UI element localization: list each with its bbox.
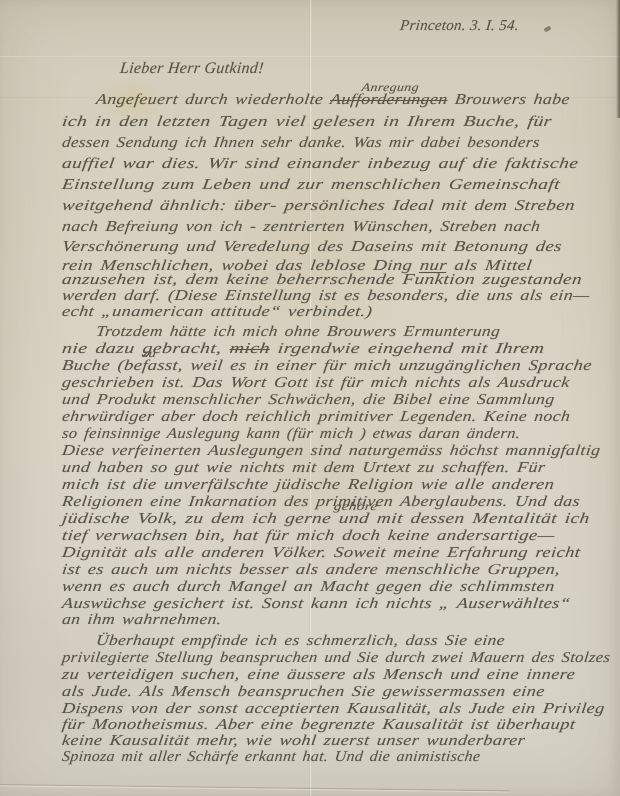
letter-line: und haben so gut wie nichts mit dem Urte… — [61, 460, 546, 477]
letter-line: Verschönerung und Veredelung des Daseins… — [61, 239, 563, 256]
letter-line: werden darf. (Diese Einstellung ist es b… — [61, 288, 591, 305]
letter-text: zu verteidigen suchen, eine äussere als … — [61, 667, 576, 683]
letter-text: keine Kausalität mehr, wie wohl zuerst u… — [61, 733, 526, 749]
salutation: Lieber Herr Gutkind! — [119, 60, 265, 78]
letter-text: an ihm wahrnehmen. — [61, 612, 222, 628]
letter-text: wenn es auch durch Mangel an Macht gegen… — [61, 579, 556, 595]
letter-text: und Produkt menschlicher Schwächen, die … — [61, 392, 555, 408]
letter-line: geschrieben ist. Das Wort Gott ist für m… — [61, 375, 571, 392]
letter-line: ich in den letzten Tagen viel gelesen in… — [61, 114, 553, 131]
letter-line: Auswüchse gesichert ist. Sonst kann ich … — [61, 596, 571, 613]
letter-text: und haben so gut wie nichts mit dem Urte… — [61, 460, 546, 476]
letter-text: nach Befreiung von ich - zentrierten Wün… — [61, 219, 541, 235]
inserted-word: Anregung — [361, 81, 420, 94]
letter-line: so feinsinnige Auslegung kann (für mich … — [61, 426, 521, 443]
letter-line: Einstellung zum Leben und zur menschlich… — [61, 177, 561, 194]
letter-line: Religionen eine Inkarnation des primitiv… — [61, 494, 581, 511]
letter-line: Dispens von der sonst acceptierten Kausa… — [61, 701, 606, 718]
letter-text: ehrwürdiger aber doch reichlich primitiv… — [61, 409, 571, 425]
letter-text: Buche — [61, 358, 119, 374]
letter-text: echt „unamerican attitude“ verbindet.) — [61, 304, 373, 320]
date-line: Princeton. 3. I. 54. — [399, 18, 520, 35]
letter-text: als Jude. Als Mensch beanspruchen Sie ge… — [61, 684, 546, 700]
letter-line: ehrwürdiger aber doch reichlich primitiv… — [61, 409, 571, 426]
letter-text: Einstellung zum Leben und zur menschlich… — [61, 177, 561, 193]
letter-text: weitgehend ähnlich: über- persönliches I… — [61, 198, 576, 214]
letter-line: privilegierte Stellung beanspruchen und … — [61, 650, 611, 667]
letter-text: mit dessen Mentalität ich — [368, 511, 591, 527]
letter-text: Auswüchse gesichert ist. Sonst kann ich … — [61, 596, 571, 612]
letter-line: tief verwachsen bin, hat für mich doch k… — [61, 528, 556, 545]
letter-text: Überhaupt empfinde ich es schmerzlich, d… — [95, 633, 506, 649]
letter-text: so feinsinnige Auslegung kann (für mich … — [61, 426, 521, 442]
letter-text: Dignität als alle anderen Völker. Soweit… — [61, 545, 581, 561]
letter-line: keine Kausalität mehr, wie wohl zuerst u… — [61, 733, 526, 750]
letter-text: (befasstzu — [117, 358, 180, 374]
letter-line: an ihm wahrnehmen. — [61, 612, 223, 629]
letter-line: auffiel war dies. Wir sind einander inbe… — [61, 156, 580, 173]
letter-text: ich in den letzten Tagen viel gelesen in… — [61, 114, 553, 130]
letter-text: auffiel war dies. Wir sind einander inbe… — [61, 156, 579, 172]
inserted-word: zu — [142, 347, 157, 360]
letter-text: für Monotheismus. Aber eine begrenzte Ka… — [61, 717, 576, 733]
letter-text: mich ist die unverfälschte jüdische Reli… — [61, 477, 555, 493]
photo-edge-shadow — [616, 0, 620, 118]
letter-text: tief verwachsen bin, hat für mich doch k… — [61, 528, 556, 544]
letter-text: undgehöre — [338, 511, 370, 527]
letter-line: nach Befreiung von ich - zentrierten Wün… — [61, 219, 541, 236]
struck-word: AufforderungenAnregung — [329, 92, 448, 108]
letter-line: anzusehen ist, dem keine beherrschende F… — [61, 272, 583, 289]
letter-text: Angefeuert durch wiederholte — [95, 92, 331, 108]
letter-line: weitgehend ähnlich: über- persönliches I… — [61, 198, 576, 215]
letter-line: mich ist die unverfälschte jüdische Reli… — [61, 477, 555, 494]
letter-line: nie dazu gebracht, mich irgendwie eingeh… — [61, 341, 546, 358]
letter-text: Diese verfeinerten Auslegungen sind natu… — [61, 443, 601, 459]
letter-text: Brouwers habe — [447, 92, 571, 108]
inserted-word: gehöre — [333, 500, 378, 513]
letter-text: Verschönerung und Veredelung des Daseins… — [61, 239, 563, 255]
letter-line: wenn es auch durch Mangel an Macht gegen… — [61, 579, 556, 596]
letter-line: als Jude. Als Mensch beanspruchen Sie ge… — [61, 684, 546, 701]
letter-line: jüdische Volk, zu dem ich gerne undgehör… — [61, 511, 591, 528]
letter-text: geschrieben ist. Das Wort Gott ist für m… — [61, 375, 571, 391]
letter-line: Trotzdem hätte ich mich ohne Brouwers Er… — [95, 324, 501, 341]
letter-line: Spinoza mit aller Schärfe erkannt hat. U… — [61, 749, 481, 766]
letter-text: , weil es in einer für mich unzugänglich… — [177, 358, 593, 374]
letter-text: Spinoza mit aller Schärfe erkannt hat. U… — [61, 749, 481, 765]
letter-line: zu verteidigen suchen, eine äussere als … — [61, 667, 576, 684]
letter-text: irgendwie eingehend mit Ihrem — [269, 341, 546, 357]
letter-line: Angefeuert durch wiederholte Aufforderun… — [95, 92, 571, 109]
letter-line: Überhaupt empfinde ich es schmerzlich, d… — [95, 633, 506, 650]
letter-line: Buche (befasstzu, weil es in einer für m… — [61, 358, 593, 375]
letter-text: ist es auch um nichts besser als andere … — [61, 562, 561, 578]
letter-text: werden darf. (Diese Einstellung ist es b… — [61, 288, 591, 304]
letter-line: Diese verfeinerten Auslegungen sind natu… — [61, 443, 601, 460]
struck-word: mich — [229, 341, 271, 357]
letter-line: für Monotheismus. Aber eine begrenzte Ka… — [61, 717, 576, 734]
letter-line: Dignität als alle anderen Völker. Soweit… — [61, 545, 582, 562]
letter-line: und Produkt menschlicher Schwächen, die … — [61, 392, 556, 409]
letter-text: dessen Sendung ich Ihnen sehr danke. Was… — [61, 135, 541, 151]
letter-text: Religionen eine Inkarnation des primitiv… — [61, 494, 581, 510]
letter-line: dessen Sendung ich Ihnen sehr danke. Was… — [61, 135, 541, 152]
letter-text: anzusehen ist, dem keine beherrschende F… — [61, 272, 583, 288]
letter-line: echt „unamerican attitude“ verbindet.) — [61, 304, 373, 321]
letter-photo: Princeton. 3. I. 54. Lieber Herr Gutkind… — [0, 0, 620, 796]
letter-text: Dispens von der sonst acceptierten Kausa… — [61, 701, 606, 717]
letter-text: jüdische Volk, zu dem ich gerne — [61, 511, 340, 527]
letter-text: Trotzdem hätte ich mich ohne Brouwers Er… — [95, 324, 501, 340]
letter-text: privilegierte Stellung beanspruchen und … — [61, 650, 611, 666]
letter-line: ist es auch um nichts besser als andere … — [61, 562, 561, 579]
